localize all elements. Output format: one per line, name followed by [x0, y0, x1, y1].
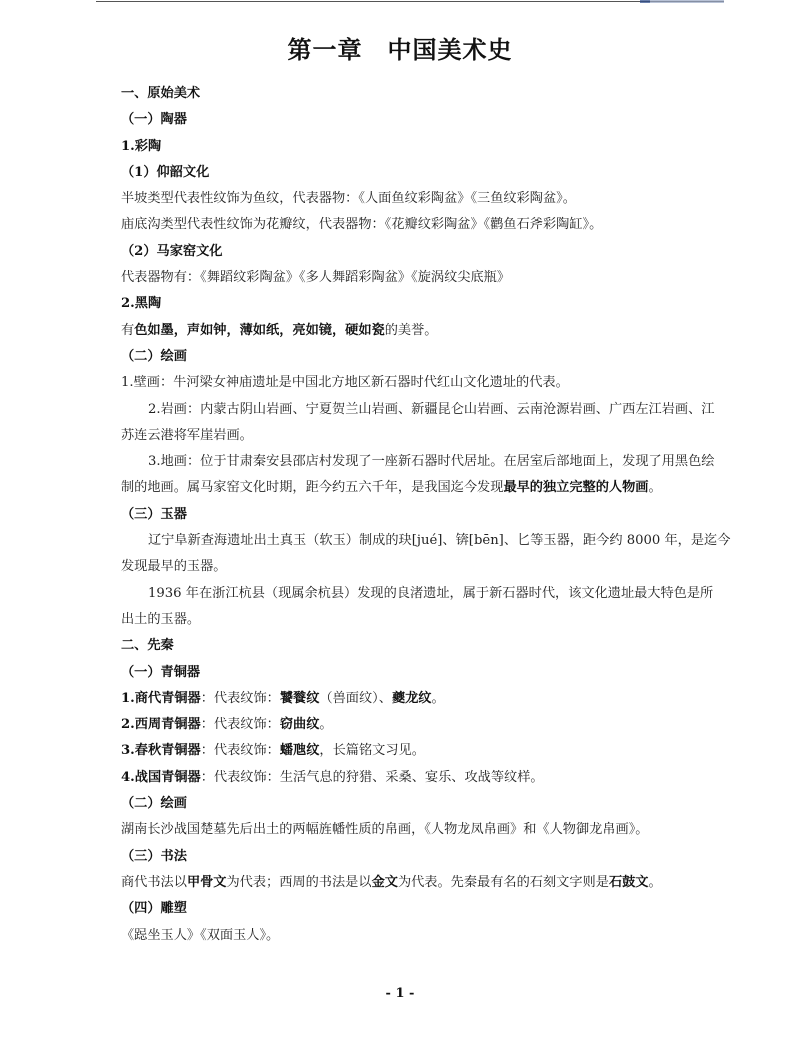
section-heading: （二）绘画 [121, 791, 721, 817]
paragraph-line: 发现最早的玉器。 [121, 554, 721, 580]
text-run: ：代表纹饰：生活气息的狩猎、采桑、宴乐、攻战等纹样。 [201, 770, 544, 785]
page-number: - 1 - [0, 986, 800, 1001]
text-run: 。 [319, 717, 332, 732]
emphasis-text: 最早的独立完整的人物画 [503, 480, 648, 495]
section-heading: （三）玉器 [121, 502, 721, 528]
text-run: 。 [649, 875, 662, 890]
paragraph-line: 3.春秋青铜器：代表纹饰：蟠虺纹，长篇铭文习见。 [121, 738, 721, 764]
text-run: 的美誉。 [385, 323, 438, 338]
emphasis-text: 甲骨文 [187, 875, 227, 890]
document-body: 一、原始美术（一）陶器1.彩陶（1）仰韶文化半坡类型代表性纹饰为鱼纹，代表器物：… [121, 81, 721, 949]
emphasis-text: 色如墨，声如钟，薄如纸，亮如镜，硬如瓷 [134, 323, 385, 338]
text-run: 商代书法以 [121, 875, 187, 890]
paragraph-line: 1.商代青铜器：代表纹饰：饕餮纹（兽面纹）、夔龙纹。 [121, 686, 721, 712]
text-run: ：代表纹饰： [201, 691, 280, 706]
paragraph-line: 代表器物有：《舞蹈纹彩陶盆》《多人舞蹈彩陶盆》《旋涡纹尖底瓶》 [121, 265, 721, 291]
header-logo [640, 0, 724, 3]
section-heading: 1.彩陶 [121, 134, 721, 160]
section-heading: （三）书法 [121, 844, 721, 870]
emphasis-text: 2.西周青铜器 [121, 717, 201, 732]
paragraph-line: 1936 年在浙江杭县（现属余杭县）发现的良渚遗址，属于新石器时代，该文化遗址最… [121, 581, 721, 607]
section-heading: （一）青铜器 [121, 660, 721, 686]
chapter-title: 第一章 中国美术史 [0, 30, 800, 65]
emphasis-text: 金文 [372, 875, 398, 890]
header-rule [96, 1, 724, 2]
emphasis-text: 石鼓文 [609, 875, 649, 890]
paragraph-line: 3.地画：位于甘肃秦安县邵店村发现了一座新石器时代居址。在居室后部地面上，发现了… [121, 449, 721, 475]
section-heading: （一）陶器 [121, 107, 721, 133]
text-run: 有 [121, 323, 134, 338]
emphasis-text: 窃曲纹 [280, 717, 320, 732]
paragraph-line: 制的地画。属马家窑文化时期，距今约五六千年，是我国迄今发现最早的独立完整的人物画… [121, 475, 721, 501]
text-run: ：代表纹饰： [201, 717, 280, 732]
emphasis-text: 夔龙纹 [392, 691, 432, 706]
text-run: 为代表；西周的书法是以 [227, 875, 372, 890]
section-heading: 二、先秦 [121, 633, 721, 659]
section-heading: （四）雕塑 [121, 896, 721, 922]
text-run: （兽面纹）、 [319, 691, 392, 706]
paragraph-line: 辽宁阜新查海遗址出土真玉（软玉）制成的玦[jué]、锛[bēn]、匕等玉器，距今… [121, 528, 721, 554]
section-heading: （1）仰韶文化 [121, 160, 721, 186]
section-heading: 2.黑陶 [121, 291, 721, 317]
paragraph-line: 半坡类型代表性纹饰为鱼纹，代表器物：《人面鱼纹彩陶盆》《三鱼纹彩陶盆》。 [121, 186, 721, 212]
paragraph-line: 出土的玉器。 [121, 607, 721, 633]
section-heading: （二）绘画 [121, 344, 721, 370]
paragraph-line: 2.西周青铜器：代表纹饰：窃曲纹。 [121, 712, 721, 738]
text-run: 制的地画。属马家窑文化时期，距今约五六千年，是我国迄今发现 [121, 480, 503, 495]
text-run: 为代表。先秦最有名的石刻文字则是 [398, 875, 609, 890]
emphasis-text: 饕餮纹 [280, 691, 320, 706]
paragraph-line: 《跽坐玉人》《双面玉人》。 [121, 923, 721, 949]
section-heading: （2）马家窑文化 [121, 239, 721, 265]
paragraph-line: 商代书法以甲骨文为代表；西周的书法是以金文为代表。先秦最有名的石刻文字则是石鼓文… [121, 870, 721, 896]
text-run: ：代表纹饰： [201, 743, 280, 758]
text-run: ，长篇铭文习见。 [319, 743, 425, 758]
emphasis-text: 4.战国青铜器 [121, 770, 201, 785]
paragraph-line: 湖南长沙战国楚墓先后出土的两幅旌幡性质的帛画，《人物龙凤帛画》和《人物御龙帛画》… [121, 817, 721, 843]
paragraph-line: 2.岩画：内蒙古阴山岩画、宁夏贺兰山岩画、新疆昆仑山岩画、云南沧源岩画、广西左江… [121, 397, 721, 423]
paragraph-line: 苏连云港将军崖岩画。 [121, 423, 721, 449]
section-heading: 一、原始美术 [121, 81, 721, 107]
paragraph-line: 1.壁画：牛河梁女神庙遗址是中国北方地区新石器时代红山文化遗址的代表。 [121, 370, 721, 396]
emphasis-text: 3.春秋青铜器 [121, 743, 201, 758]
paragraph-line: 有色如墨，声如钟，薄如纸，亮如镜，硬如瓷的美誉。 [121, 318, 721, 344]
paragraph-line: 4.战国青铜器：代表纹饰：生活气息的狩猎、采桑、宴乐、攻战等纹样。 [121, 765, 721, 791]
text-run: 。 [432, 691, 445, 706]
emphasis-text: 蟠虺纹 [280, 743, 320, 758]
paragraph-line: 庙底沟类型代表性纹饰为花瓣纹，代表器物：《花瓣纹彩陶盆》《鹳鱼石斧彩陶缸》。 [121, 212, 721, 238]
text-run: 。 [649, 480, 662, 495]
emphasis-text: 1.商代青铜器 [121, 691, 201, 706]
